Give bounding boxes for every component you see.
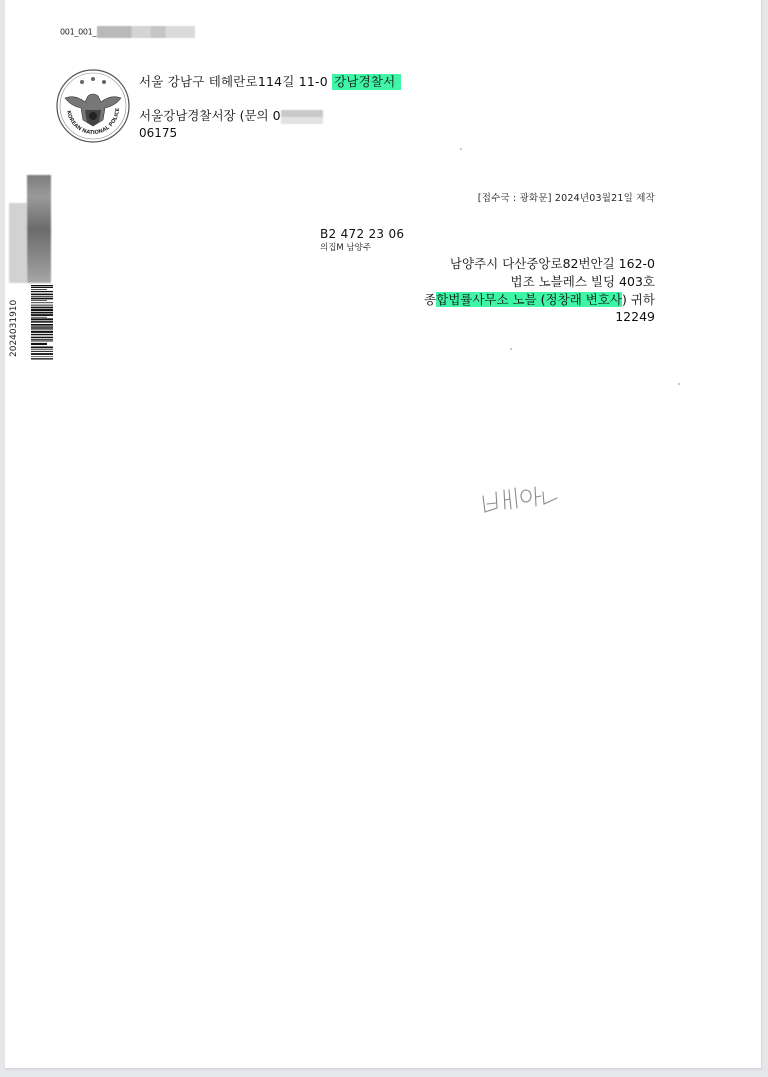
scan-speck xyxy=(510,348,512,350)
recipient-address-line2: 법조 노블레스 빌딩 403호 xyxy=(511,272,655,290)
redacted-id xyxy=(97,26,195,38)
sender-postal-code: 06175 xyxy=(139,126,177,140)
sender-chief: 서울강남경찰서장 (문의 0 xyxy=(139,106,323,124)
barcode-area: 2024031910 xyxy=(5,175,57,365)
barcode-icon xyxy=(31,285,53,361)
recipient-name: 종합법률사무소 노블 (정창래 변호사) 귀하 xyxy=(424,290,655,308)
recipient-name-prefix: 종 xyxy=(424,292,436,307)
document-page: 001_001_ KOREAN NATIONAL POLICE AGENCY 서… xyxy=(5,0,762,1069)
handwritten-note: 비비안 xyxy=(471,476,571,526)
recipient-postal-code: 12249 xyxy=(615,309,655,324)
sender-address-text: 서울 강남구 테헤란로114길 11-0 xyxy=(139,74,332,89)
recipient-address-line1: 남양주시 다산중앙로82번안길 162-0 xyxy=(450,254,655,272)
redacted-block xyxy=(27,175,51,283)
redacted-phone xyxy=(281,110,323,124)
scan-speck xyxy=(678,383,680,385)
recipient-name-suffix: ) 귀하 xyxy=(622,292,655,307)
scan-speck xyxy=(460,148,462,150)
sender-chief-text: 서울강남경찰서장 (문의 0 xyxy=(139,108,281,123)
document-id-text: 001_001_ xyxy=(60,28,96,37)
mail-code-region: 의집M 남양주 xyxy=(320,241,371,253)
sender-address: 서울 강남구 테헤란로114길 11-0 강남경찰서 xyxy=(139,72,401,90)
redacted-block xyxy=(9,203,27,283)
barcode-number: 2024031910 xyxy=(9,287,23,357)
mail-code: B2 472 23 06 xyxy=(320,227,404,241)
sender-office-highlight: 강남경찰서 xyxy=(332,74,401,90)
reception-info: [접수국 : 광화문] 2024년03월21일 제작 xyxy=(478,190,655,204)
recipient-name-highlight: 합법률사무소 노블 (정창래 변호사 xyxy=(436,292,622,307)
document-id: 001_001_ xyxy=(60,26,195,38)
police-seal-icon: KOREAN NATIONAL POLICE AGENCY xyxy=(55,68,131,144)
